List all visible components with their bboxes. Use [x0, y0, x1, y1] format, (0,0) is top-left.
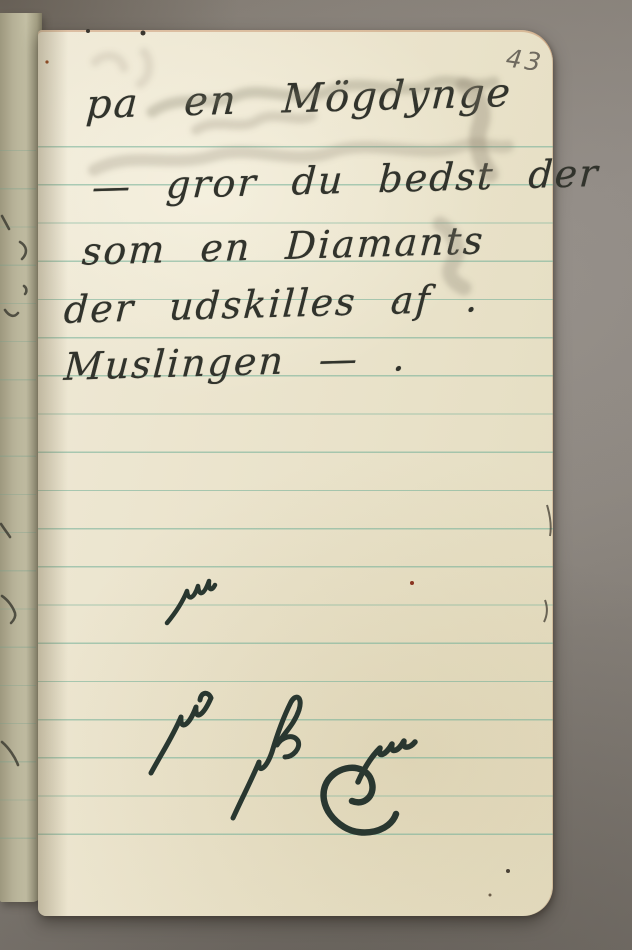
notebook-photo: 43 pa en Mögdynge — gror du bedst der so…	[0, 0, 632, 950]
facing-page-edge	[0, 13, 42, 902]
gutter-shadow	[38, 30, 68, 916]
facing-page-ruled-lines	[0, 150, 36, 842]
